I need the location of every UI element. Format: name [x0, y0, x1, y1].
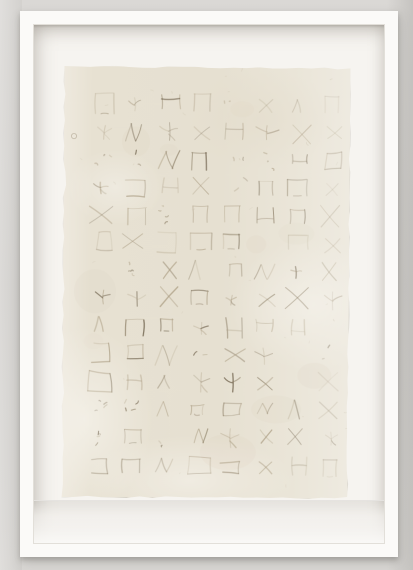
shadowbox-bottom-panel: [34, 500, 384, 543]
picture-frame: [20, 11, 398, 557]
artwork-paper-sheet: [61, 66, 350, 499]
asemic-glyph-marks: [61, 66, 350, 499]
wall-shading-left: [0, 0, 22, 570]
shadowbox-interior: [33, 24, 385, 544]
frame-inner-lip: [34, 25, 384, 28]
gallery-wall: [0, 0, 413, 570]
